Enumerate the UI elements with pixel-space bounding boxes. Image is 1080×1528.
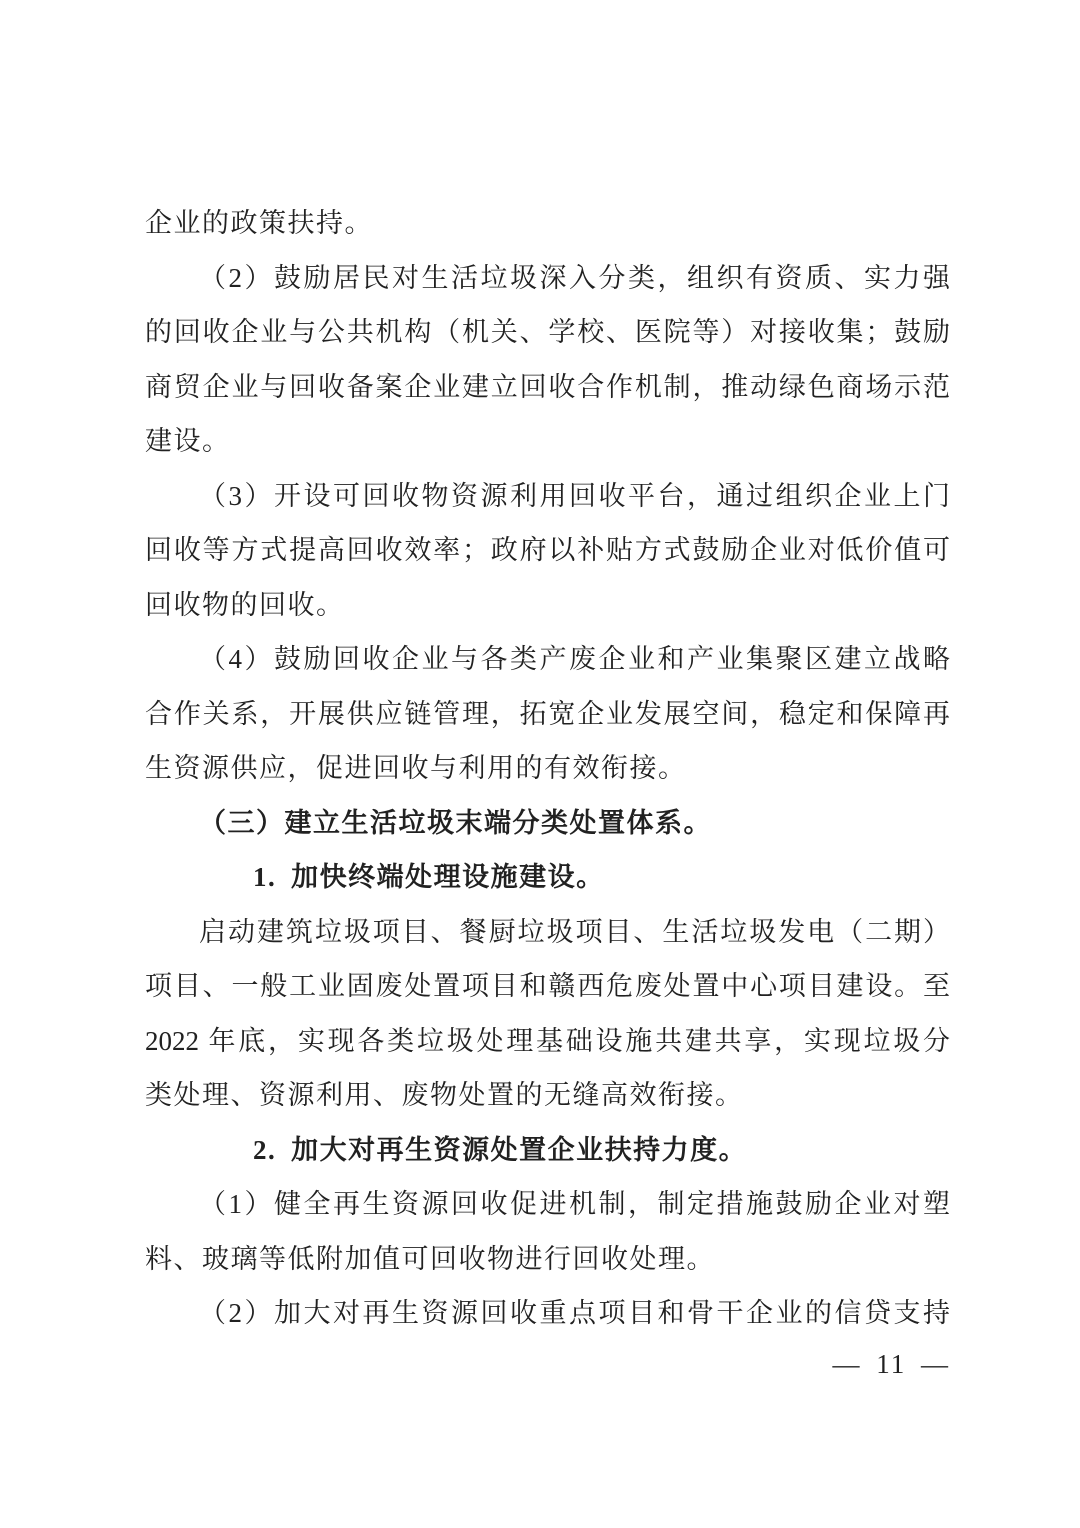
document-page: 企业的政策扶持。 （2）鼓励居民对生活垃圾深入分类，组织有资质、实力强 的回收企… <box>0 0 1080 1528</box>
paragraph-line: （1）健全再生资源回收促进机制，制定措施鼓励企业对塑 <box>145 1177 950 1232</box>
subsection-number: 2. <box>199 1123 276 1178</box>
paragraph-line: 合作关系，开展供应链管理，拓宽企业发展空间，稳定和保障再 <box>145 687 950 742</box>
paragraph-line: 商贸企业与回收备案企业建立回收合作机制，推动绿色商场示范 <box>145 360 950 415</box>
paragraph-line: （4）鼓励回收企业与各类产废企业和产业集聚区建立战略 <box>145 632 950 687</box>
subsection-heading: 2.加大对再生资源处置企业扶持力度。 <box>145 1123 950 1178</box>
subsection-heading: 1.加快终端处理设施建设。 <box>145 850 950 905</box>
paragraph-line: 启动建筑垃圾项目、餐厨垃圾项目、生活垃圾发电（二期） <box>145 905 950 960</box>
paragraph-line: 2022 年底，实现各类垃圾处理基础设施共建共享，实现垃圾分 <box>145 1014 950 1069</box>
paragraph-tail-line: 企业的政策扶持。 <box>145 196 950 251</box>
paragraph-line: 的回收企业与公共机构（机关、学校、医院等）对接收集；鼓励 <box>145 305 950 360</box>
paragraph-line: （2）加大对再生资源回收重点项目和骨干企业的信贷支持 <box>145 1286 950 1341</box>
subsection-number: 1. <box>199 850 276 905</box>
paragraph-tail-line: 料、玻璃等低附加值可回收物进行回收处理。 <box>145 1232 950 1287</box>
paragraph-line: （3）开设可回收物资源利用回收平台，通过组织企业上门 <box>145 469 950 524</box>
paragraph-line: （2）鼓励居民对生活垃圾深入分类，组织有资质、实力强 <box>145 251 950 306</box>
document-body: 企业的政策扶持。 （2）鼓励居民对生活垃圾深入分类，组织有资质、实力强 的回收企… <box>145 196 950 1341</box>
paragraph-line: 项目、一般工业固废处置项目和赣西危废处置中心项目建设。至 <box>145 959 950 1014</box>
subsection-title: 加快终端处理设施建设。 <box>291 862 605 892</box>
paragraph-line: 回收等方式提高回收效率；政府以补贴方式鼓励企业对低价值可 <box>145 523 950 578</box>
paragraph-tail-line: 类处理、资源利用、废物处置的无缝高效衔接。 <box>145 1068 950 1123</box>
paragraph-tail-line: 回收物的回收。 <box>145 578 950 633</box>
subsection-title: 加大对再生资源处置企业扶持力度。 <box>291 1135 747 1165</box>
paragraph-tail-line: 生资源供应，促进回收与利用的有效衔接。 <box>145 741 950 796</box>
page-number: — 11 — <box>833 1346 951 1382</box>
section-heading: （三）建立生活垃圾末端分类处置体系。 <box>145 796 950 851</box>
paragraph-tail-line: 建设。 <box>145 414 950 469</box>
